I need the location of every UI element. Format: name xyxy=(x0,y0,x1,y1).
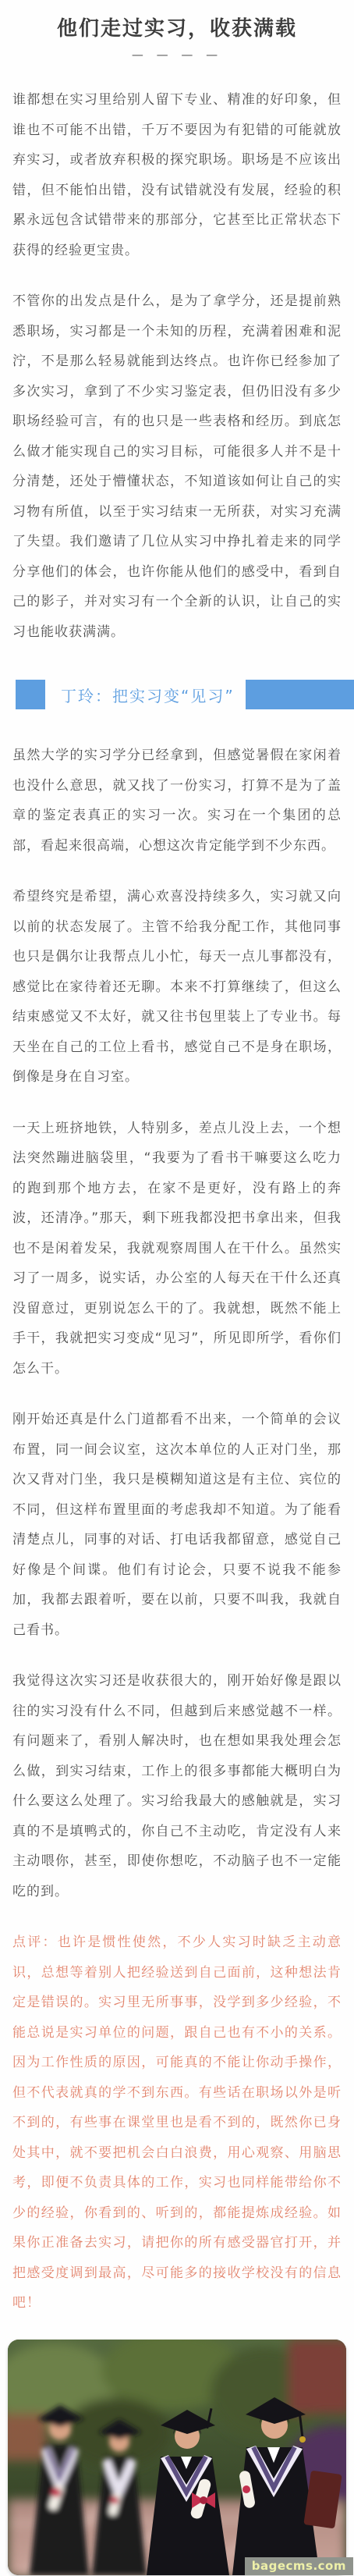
intro-paragraph: 谁都想在实习里给别人留下专业、精准的好印象，但谁也不可能不出错，千万不要因为有犯… xyxy=(12,85,342,265)
story-paragraph: 刚开始还真是什么门道都看不出来，一个简单的会议布置，同一间会议室，这次本单位的人… xyxy=(12,1405,342,1645)
story-paragraph: 虽然大学的实习学分已经拿到，但感觉暑假在家闲着也没什么意思，就又找了一份实习，打… xyxy=(12,741,342,861)
graduation-photo xyxy=(8,2340,346,2575)
story-paragraph: 一天上班挤地铁，人特别多，差点儿没上去，一个想法突然蹦进脑袋里，“我要为了看书干… xyxy=(12,1114,342,1384)
comment-paragraph: 点评：也许是惯性使然，不少人实习时缺乏主动意识，总想等着别人把经验送到自己面前，… xyxy=(12,1928,342,2318)
story-paragraph: 希望终究是希望，满心欢喜没持续多久，实习就又向以前的状态发展了。主管不给我分配工… xyxy=(12,882,342,1093)
watermark-badge: bagecms.com xyxy=(245,2557,353,2575)
graduation-photo-image xyxy=(8,2340,346,2575)
story-paragraph: 我觉得这次实习还是收获很大的，刚开始好像是跟以往的实习没有什么不同，但越到后来感… xyxy=(12,1666,342,1906)
article-page: 他们走过实习，收获满载 — — — — 谁都想在实习里给别人留下专业、精准的好印… xyxy=(0,0,354,2576)
section-heading-label: 丁玲：把实习变“见习” xyxy=(61,684,235,706)
intro-paragraph: 不管你的出发点是什么，是为了拿学分，还是提前熟悉职场，实习都是一个未知的历程，充… xyxy=(12,286,342,647)
heading-accent-bar xyxy=(246,680,354,709)
title-divider-dashes: — — — — xyxy=(0,48,354,62)
page-title: 他们走过实习，收获满载 xyxy=(0,0,354,41)
heading-accent-square xyxy=(16,680,45,709)
section-heading: 丁玲：把实习变“见习” xyxy=(0,680,354,709)
